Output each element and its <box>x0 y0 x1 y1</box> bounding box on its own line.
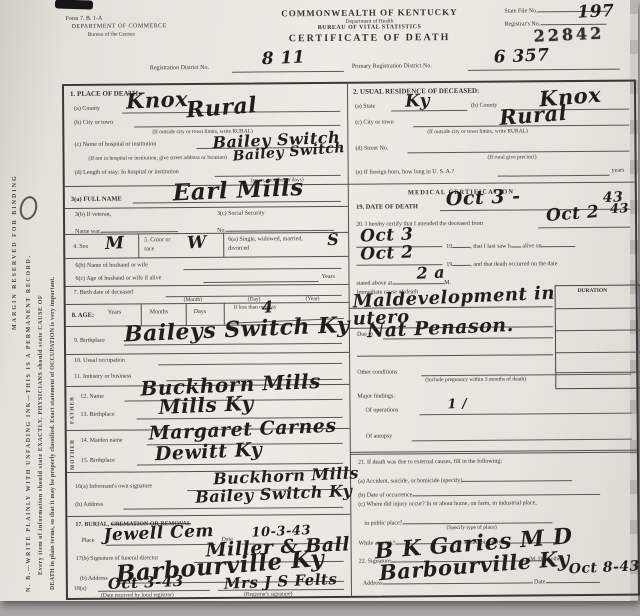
certificate: Form 7. B. 1-A DEPARTMENT OF COMMERCE Bu… <box>0 0 640 602</box>
operations-mark: 1 / <box>447 397 467 413</box>
dept-commerce: DEPARTMENT OF COMMERCE <box>71 23 166 30</box>
spouse-label: 6(b) Name of husband or wife <box>75 262 148 269</box>
age-value: 4 <box>261 297 273 316</box>
blank-line <box>204 281 319 283</box>
blank-line <box>232 71 344 73</box>
director-address-label: (b) Address <box>80 576 108 582</box>
sex-value: M <box>105 233 125 254</box>
street-no-label: (d) Street No. <box>355 146 388 152</box>
address-note: (If not in hospital or institution, give… <box>89 155 227 162</box>
primary-district-number: 6 357 <box>493 45 550 67</box>
row-line <box>67 514 350 517</box>
residence-state-value: Ky <box>405 91 431 112</box>
age-label: 8. AGE: <box>72 312 94 319</box>
age-years-label: Years <box>108 310 121 316</box>
due-to-line-2 <box>357 354 553 357</box>
physician-date-label: Date <box>534 579 545 585</box>
file-number-stamp: 22842 <box>533 24 604 46</box>
blank-line <box>402 514 552 524</box>
race-value: W <box>187 233 207 254</box>
blank-line <box>420 413 632 416</box>
blank-line <box>452 257 470 266</box>
row-line <box>66 302 349 305</box>
father-side-label: FATHER <box>69 396 75 424</box>
physician-date-value: Oct 8-43 <box>568 558 640 577</box>
injury-where-label: (c) Where did injury occur? In or about … <box>358 500 537 507</box>
burial-place-value: Jewell Cem <box>103 521 214 546</box>
blank-line <box>412 486 600 496</box>
registrar-signature-note: (Registrar's signature) <box>244 591 293 597</box>
blank-line <box>452 239 470 248</box>
registration-district-number: 8 11 <box>261 47 305 69</box>
city-value: Rural <box>185 92 258 123</box>
certify-line-2: 19, that I last saw h alive on <box>446 238 575 250</box>
attended-from-value: Oct 2 <box>545 202 600 226</box>
blank-line <box>226 222 334 232</box>
form-number: Form 7. B. 1-A <box>65 16 102 22</box>
date-of-death-value: Oct 3 - <box>445 185 521 210</box>
race-label-2: race <box>144 246 154 252</box>
marital-label: 6(a) Single, widowed, married, <box>228 236 303 243</box>
certify-line-3: 19, and that death occurred on the date <box>446 256 557 268</box>
date-received-value: Oct 3-43 <box>108 572 185 593</box>
blank-line <box>100 223 178 233</box>
veteran-label: 3(b) If veteran, <box>75 212 111 218</box>
occurrence-date-label: (b) Date of occurrence <box>358 486 600 499</box>
primary-district-label: Primary Registration District No. <box>352 63 432 70</box>
industry-label: 11. Industry or business <box>74 374 131 380</box>
years-suffix: Years <box>321 274 334 280</box>
ssn-label: 3(c) Social Security <box>217 210 265 216</box>
blank-line <box>498 175 610 177</box>
years-suffix-2: years <box>612 168 625 174</box>
age-months-label: Months <box>150 309 168 315</box>
residence-city-note: (If outside city or town limits, write R… <box>427 128 528 135</box>
sex-label: 4. Sex <box>73 244 88 250</box>
father-birthplace-value: Mills Ky <box>158 391 254 419</box>
registrar-number-handwritten: 197 <box>577 1 615 23</box>
paper-sheet: MARGIN RESERVED FOR BINDING N. B.—WRITE … <box>0 0 638 601</box>
blank-line <box>511 238 521 247</box>
external-causes-label: 21. If death was due to external causes,… <box>358 459 502 466</box>
bureau-vital-statistics: BUREAU OF VITAL STATISTICS <box>239 24 499 32</box>
date-received-note: (Date received by local registrar) <box>101 592 174 599</box>
birthdate-label: 7. Birth date of deceased <box>74 290 134 296</box>
last-saw-value: Oct 2 <box>360 242 414 264</box>
right-column: 2. USUAL RESIDENCE OF DECEASED: (a) Stat… <box>347 82 638 596</box>
city-label: (b) City or town <box>74 120 113 126</box>
hospital-label: (c) Name of hospital or institution <box>74 141 156 148</box>
father-birthplace-label: 13. Birthplace <box>81 412 115 418</box>
cell-line <box>138 233 139 257</box>
commonwealth-title: COMMONWEALTH OF KENTUCKY <box>239 7 499 19</box>
birthplace-label: 9. Birthplace <box>74 338 105 344</box>
row-line <box>66 352 349 355</box>
mother-name-label: 14. Maiden name <box>81 438 123 444</box>
full-name-label: 3(a) FULL NAME <box>71 196 122 203</box>
of-operations-label: Of operations <box>366 407 399 413</box>
blank-line <box>123 507 343 510</box>
race-label: 5. Color or <box>144 237 170 243</box>
father-name-label: 12. Name <box>80 394 103 400</box>
of-autopsy-label: Of autopsy <box>366 433 393 439</box>
residence-city-value: Rural <box>498 100 568 130</box>
blank-line <box>134 125 340 128</box>
spouse-age-label: 6(c) Age of husband or wife if alive <box>75 275 161 282</box>
informant-label: 16(a) Informant's own signature <box>75 483 152 490</box>
duration-line <box>556 330 640 332</box>
blank-line <box>538 227 630 229</box>
length-of-stay-label: (d) Length of stay: In hospital or insti… <box>75 169 179 176</box>
row-line <box>65 206 348 209</box>
scanned-death-certificate: MARGIN RESERVED FOR BINDING N. B.—WRITE … <box>0 0 640 616</box>
marital-value: S <box>327 230 340 249</box>
age-days-label: Days <box>194 309 206 315</box>
accident-label: (a) Accident, suicide, or homicide (spec… <box>358 472 572 485</box>
blank-line <box>183 268 341 270</box>
other-conditions-label: Other conditions <box>357 369 397 375</box>
residence-city-label: (c) City or town <box>355 119 394 125</box>
date-of-death-label: 19. DATE OF DEATH <box>356 203 418 210</box>
marital-label-2: divorced <box>228 246 249 252</box>
row-line <box>65 256 348 259</box>
county-value: Knox <box>126 86 189 114</box>
major-findings-label: Major findings: <box>357 393 395 399</box>
foreign-born-label: (e) If foreign born, how long in U. S. A… <box>356 169 455 176</box>
county-label: (a) County <box>74 106 100 112</box>
attended-from-year: 43 <box>610 201 630 217</box>
registration-district-label: Registration District No. <box>150 65 209 71</box>
duration-label: DURATION <box>578 288 608 294</box>
blank-line <box>158 363 342 365</box>
street-no-note: (If rural give precinct) <box>488 154 537 160</box>
cell-line <box>223 233 224 257</box>
mother-side-label: MOTHER <box>70 439 76 470</box>
occupation-label: 10. Usual occupation <box>74 358 125 364</box>
hour-of-death-value: 2 a <box>416 263 445 283</box>
mother-birthplace-label: 15. Birthplace <box>81 458 115 464</box>
burial-place-label: Place <box>82 538 95 544</box>
blank-line <box>468 69 620 71</box>
informant-address-label: (b) Address <box>75 502 103 508</box>
row-line <box>66 284 349 287</box>
other-conditions-note: (Include pregnancy within 3 months of de… <box>425 376 526 383</box>
full-name-value: Earl Mills <box>172 174 304 207</box>
mother-birthplace-value: Dewitt Ky <box>154 439 262 466</box>
form-grid: 1. PLACE OF DEATH: (a) County Knox Rural… <box>62 80 640 600</box>
blank-line <box>542 238 576 247</box>
residence-state-label: (a) State <box>355 104 375 110</box>
blank-line <box>412 439 632 442</box>
duration-line <box>556 308 640 310</box>
certificate-title: CERTIFICATE OF DEATH <box>240 32 500 45</box>
registrar-row-label: 18(a) <box>74 586 87 592</box>
bureau-census: Bureau of the Census <box>88 31 135 37</box>
blank-line <box>408 151 630 154</box>
residence-county-label: (b) County <box>471 103 497 109</box>
blank-line <box>462 472 572 482</box>
duration-line <box>556 352 640 354</box>
